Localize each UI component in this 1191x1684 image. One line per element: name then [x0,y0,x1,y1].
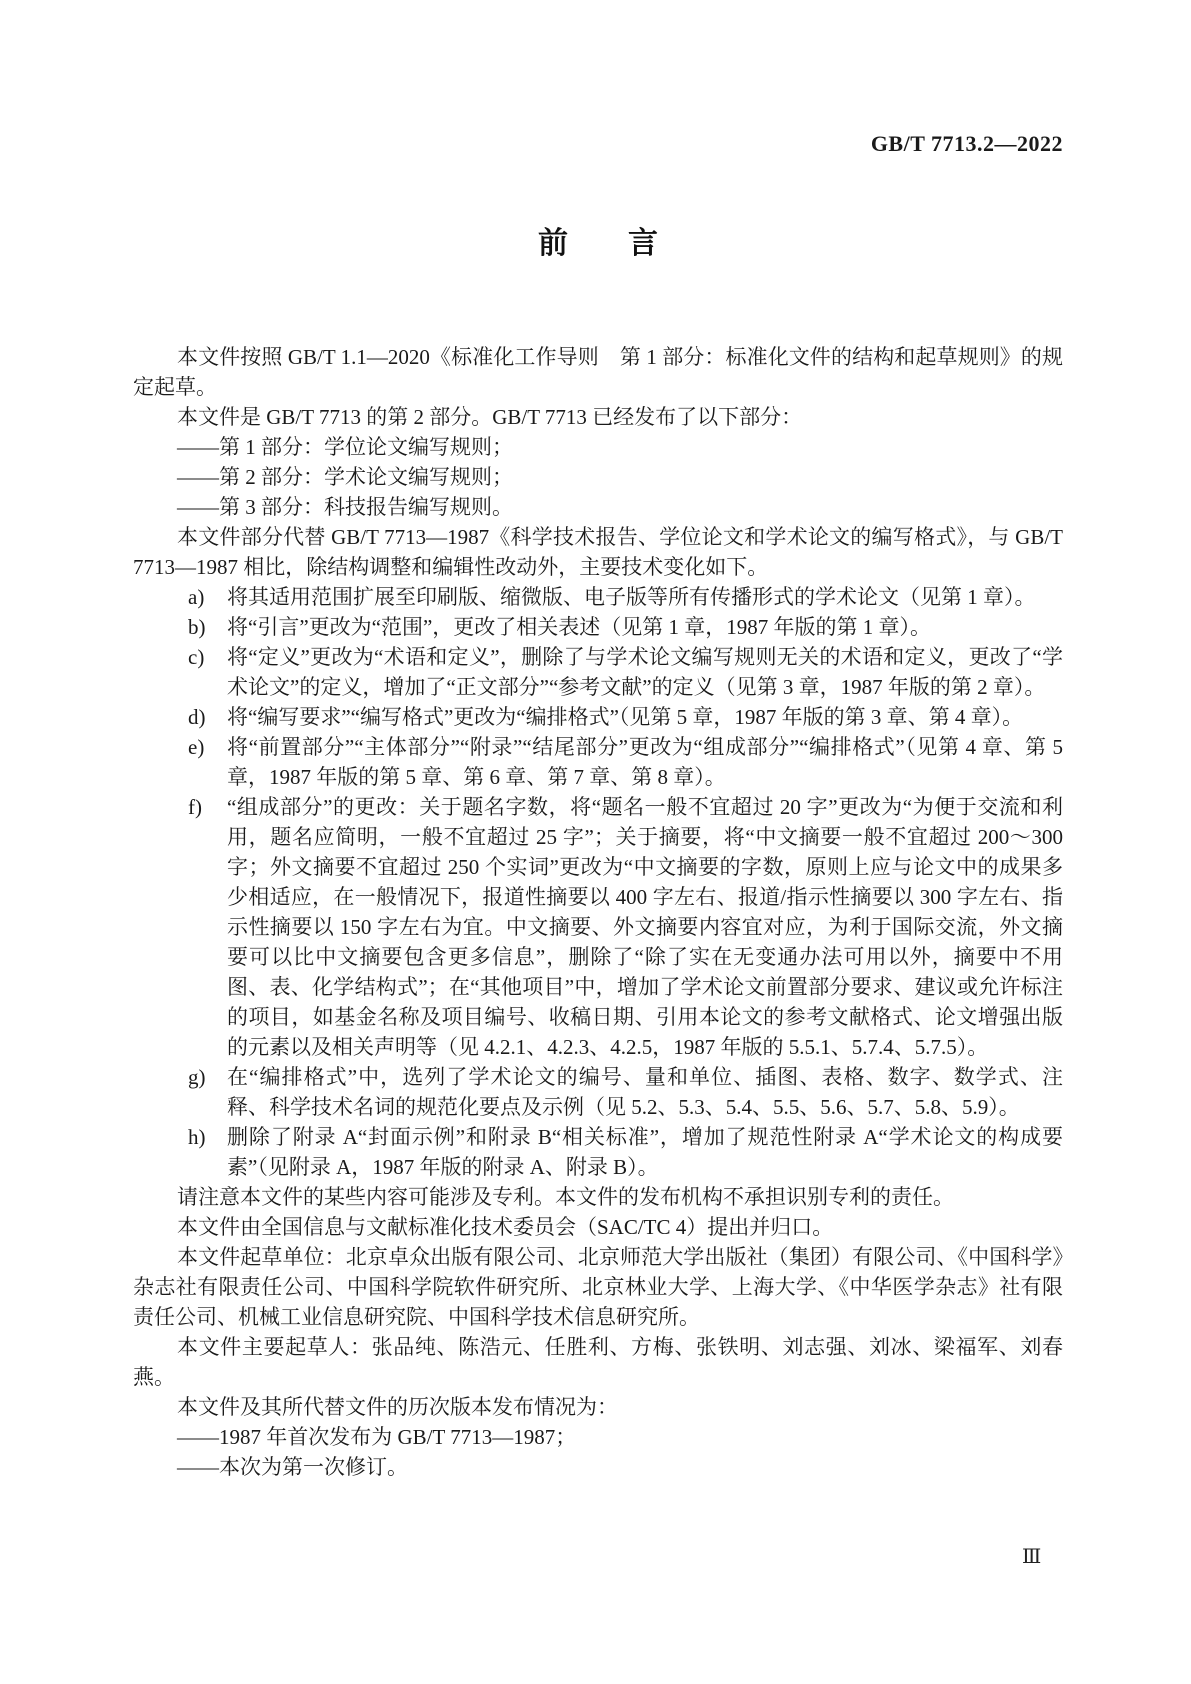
change-item-d: d) 将“编写要求”“编写格式”更改为“编排格式”（见第 5 章，1987 年版… [133,702,1063,732]
list-text: 删除了附录 A“封面示例”和附录 B“相关标准”，增加了规范性附录 A“学术论文… [227,1125,1063,1179]
para-main-drafters: 本文件主要起草人：张品纯、陈浩元、任胜利、方梅、张铁明、刘志强、刘冰、梁福军、刘… [133,1332,1063,1392]
para-version-history-intro: 本文件及其所代替文件的历次版本发布情况为： [133,1392,1063,1422]
list-text: 将其适用范围扩展至印刷版、缩微版、电子版等所有传播形式的学术论文（见第 1 章）… [227,585,1036,609]
change-item-f: f) “组成部分”的更改：关于题名字数，将“题名一般不宜超过 20 字”更改为“… [133,792,1063,1062]
change-item-g: g) 在“编排格式”中，选列了学术论文的编号、量和单位、插图、表格、数字、数学式… [133,1062,1063,1122]
history-item-2: ——本次为第一次修订。 [133,1452,1063,1482]
change-item-b: b) 将“引言”更改为“范围”，更改了相关表述（见第 1 章，1987 年版的第… [133,612,1063,642]
foreword-body: 本文件按照 GB/T 1.1—2020《标准化工作导则 第 1 部分：标准化文件… [133,342,1063,1482]
change-item-e: e) 将“前置部分”“主体部分”“附录”“结尾部分”更改为“组成部分”“编排格式… [133,732,1063,792]
para-patent-notice: 请注意本文件的某些内容可能涉及专利。本文件的发布机构不承担识别专利的责任。 [133,1182,1063,1212]
list-text: “组成部分”的更改：关于题名字数，将“题名一般不宜超过 20 字”更改为“为便于… [227,795,1063,1059]
change-item-c: c) 将“定义”更改为“术语和定义”，删除了与学术论文编写规则无关的术语和定义，… [133,642,1063,702]
list-marker: h) [188,1122,206,1152]
para-drafting-organizations: 本文件起草单位：北京卓众出版有限公司、北京师范大学出版社（集团）有限公司、《中国… [133,1242,1063,1332]
part-item-1: ——第 1 部分：学位论文编写规则； [133,432,1063,462]
list-marker: d) [188,702,206,732]
para-drafting-basis: 本文件按照 GB/T 1.1—2020《标准化工作导则 第 1 部分：标准化文件… [133,342,1063,402]
list-text: 将“定义”更改为“术语和定义”，删除了与学术论文编写规则无关的术语和定义，更改了… [227,645,1063,699]
list-text: 将“引言”更改为“范围”，更改了相关表述（见第 1 章，1987 年版的第 1 … [227,615,931,639]
list-text: 将“编写要求”“编写格式”更改为“编排格式”（见第 5 章，1987 年版的第 … [227,705,1023,729]
list-marker: f) [188,792,202,822]
doc-number: GB/T 7713.2—2022 [871,131,1063,157]
list-marker: g) [188,1062,206,1092]
list-marker: b) [188,612,206,642]
page-number: Ⅲ [1022,1544,1041,1569]
para-part-intro: 本文件是 GB/T 7713 的第 2 部分。GB/T 7713 已经发布了以下… [133,402,1063,432]
para-committee: 本文件由全国信息与文献标准化技术委员会（SAC/TC 4）提出并归口。 [133,1212,1063,1242]
part-item-3: ——第 3 部分：科技报告编写规则。 [133,492,1063,522]
para-replacement-note: 本文件部分代替 GB/T 7713—1987《科学技术报告、学位论文和学术论文的… [133,522,1063,582]
part-item-2: ——第 2 部分：学术论文编写规则； [133,462,1063,492]
change-item-a: a) 将其适用范围扩展至印刷版、缩微版、电子版等所有传播形式的学术论文（见第 1… [133,582,1063,612]
document-page: GB/T 7713.2—2022 前 言 本文件按照 GB/T 1.1—2020… [0,0,1191,1684]
list-marker: c) [188,642,204,672]
list-marker: e) [188,732,204,762]
list-marker: a) [188,582,204,612]
history-item-1: ——1987 年首次发布为 GB/T 7713—1987； [133,1422,1063,1452]
page-title: 前 言 [133,218,1063,262]
list-text: 将“前置部分”“主体部分”“附录”“结尾部分”更改为“组成部分”“编排格式”（见… [227,735,1063,789]
change-item-h: h) 删除了附录 A“封面示例”和附录 B“相关标准”，增加了规范性附录 A“学… [133,1122,1063,1182]
list-text: 在“编排格式”中，选列了学术论文的编号、量和单位、插图、表格、数字、数学式、注释… [227,1065,1063,1119]
